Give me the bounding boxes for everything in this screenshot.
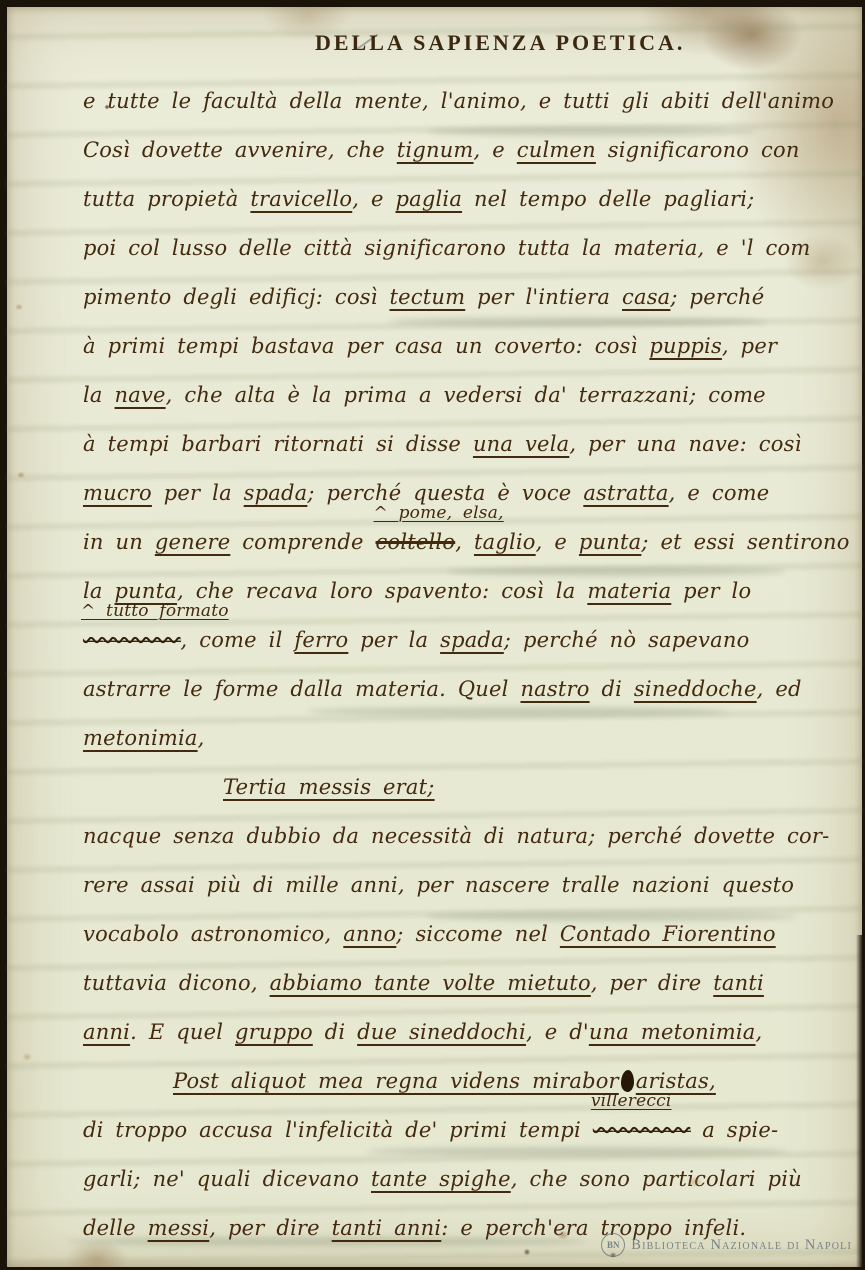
text-segment: rere assai più di mille anni, per nascer… (83, 873, 794, 897)
text-segment: à primi tempi bastava per casa un covert… (83, 334, 649, 358)
text-segment: tutta propietà (83, 187, 250, 211)
text-segment: nel tempo delle pagliari; (462, 187, 754, 211)
manuscript-line: garli; ne' quali dicevano tante spighe, … (83, 1155, 836, 1204)
text-segment: , e (474, 138, 517, 162)
text-segment: , ed (757, 677, 802, 701)
text-segment: ; perché questa è voce (307, 481, 583, 505)
manuscript-line: di troppo accusa l'infelicità de' primi … (83, 1106, 836, 1155)
text-segment: per la (348, 628, 440, 652)
interlinear-insertion: ^ pome, elsa, (374, 505, 504, 522)
text-segment: genere (155, 530, 231, 554)
text-segment: astratta (583, 481, 668, 505)
text-segment: , (455, 530, 474, 554)
text-segment: astrarre le forme dalla materia. Quel (83, 677, 520, 701)
text-segment: tanti (713, 971, 764, 995)
text-segment: nacque senza dubbio da necessità di natu… (83, 824, 829, 848)
manuscript-page: DELLA SAPIENZA POETICA. e tutte le facul… (7, 7, 862, 1267)
text-segment: di troppo accusa l'infelicità de' primi … (83, 1118, 593, 1142)
text-segment: , (198, 726, 205, 750)
manuscript-content: DELLA SAPIENZA POETICA. e tutte le facul… (83, 21, 836, 1253)
manuscript-line: —————^ tutto formato, come il ferro per … (83, 616, 836, 665)
bleedthrough-smudge (427, 127, 757, 136)
bleedthrough-smudge (387, 317, 767, 326)
text-segment: messi (148, 1216, 210, 1240)
text-segment: materia (587, 579, 671, 603)
text-segment: , e d' (526, 1020, 589, 1044)
text-segment: significarono con (596, 138, 800, 162)
struck-out-word: ————— (83, 628, 181, 652)
text-segment: di (313, 1020, 357, 1044)
text-segment: taglio (474, 530, 536, 554)
text-segment: delle (83, 1216, 148, 1240)
text-segment: Così dovette avvenire, che (83, 138, 397, 162)
text-segment: per l'intiera (465, 285, 622, 309)
manuscript-line: tuttavia dicono, abbiamo tante volte mie… (83, 959, 836, 1008)
text-segment: Contado Fiorentino (560, 922, 776, 946)
text-segment: aristas, (636, 1069, 716, 1093)
text-segment: , per dire (591, 971, 713, 995)
text-segment: paglia (396, 187, 463, 211)
text-segment: Tertia messis erat; (223, 775, 435, 799)
text-segment: , e come (669, 481, 770, 505)
pencil-mark (356, 34, 378, 51)
bleedthrough-smudge (367, 1147, 787, 1156)
manuscript-line: astrarre le forme dalla materia. Quel na… (83, 665, 836, 714)
text-segment: ; perché nò sapevano (504, 628, 750, 652)
text-segment: poi col lusso delle città significarono … (83, 236, 810, 260)
text-segment: : e perch'era troppo infeli. (441, 1216, 746, 1240)
text-segment: nave (115, 383, 166, 407)
text-segment: una vela (473, 432, 569, 456)
text-segment: tuttavia dicono, (83, 971, 270, 995)
text-segment: punta (115, 579, 177, 603)
text-segment: nastro (520, 677, 589, 701)
text-segment: la (83, 579, 115, 603)
text-segment: , (756, 1020, 763, 1044)
text-segment: due sineddochi (357, 1020, 526, 1044)
text-segment: tectum (389, 285, 465, 309)
text-segment: comprende (230, 530, 375, 554)
bleedthrough-smudge (427, 912, 797, 921)
text-segment: Post aliquot mea regna videns mirabor (173, 1069, 619, 1093)
manuscript-line: delle messi, per dire tanti anni: e perc… (83, 1204, 836, 1253)
manuscript-line: nacque senza dubbio da necessità di natu… (83, 812, 836, 861)
text-segment: tanti anni (332, 1216, 442, 1240)
text-segment: , che recava loro spavento: così la (177, 579, 587, 603)
text-segment: e tutte le facultà della mente, l'animo,… (83, 89, 834, 113)
library-watermark: BN Biblioteca Nazionale di Napoli (601, 1233, 852, 1257)
text-segment: puppis (649, 334, 722, 358)
manuscript-line: in un genere comprende coltello^ pome, e… (83, 518, 836, 567)
manuscript-line: à primi tempi bastava per casa un covert… (83, 322, 836, 371)
text-segment: . E quel (130, 1020, 235, 1044)
manuscript-line: Così dovette avvenire, che tignum, e cul… (83, 126, 836, 175)
library-monogram-icon: BN (601, 1233, 625, 1257)
manuscript-line: mucro per la spada; perché questa è voce… (83, 469, 836, 518)
text-segment: abbiamo tante volte mietuto (270, 971, 591, 995)
text-segment: punta (579, 530, 641, 554)
text-segment: ferro (294, 628, 348, 652)
manuscript-line: anni. E quel gruppo di due sineddochi, e… (83, 1008, 836, 1057)
manuscript-line: Post aliquot mea regna videns miraborari… (83, 1057, 836, 1106)
text-segment: metonimia (83, 726, 198, 750)
text-segment: spada (244, 481, 308, 505)
manuscript-line: vocabolo astronomico, anno; siccome nel … (83, 910, 836, 959)
text-segment: una metonimia (589, 1020, 756, 1044)
manuscript-line: metonimia, (83, 714, 836, 763)
correction-group: coltello^ pome, elsa, (376, 518, 456, 567)
text-segment: ; siccome nel (396, 922, 560, 946)
text-segment: , che sono particolari più (511, 1167, 802, 1191)
manuscript-line: à tempi barbari ritornati si disse una v… (83, 420, 836, 469)
text-segment: per la (152, 481, 244, 505)
manuscript-line: poi col lusso delle città significarono … (83, 224, 836, 273)
manuscript-line: tutta propietà travicello, e paglia nel … (83, 175, 836, 224)
text-segment: anni (83, 1020, 130, 1044)
interlinear-insertion: villerecci (591, 1093, 672, 1110)
text-segment: travicello (250, 187, 352, 211)
manuscript-line: Tertia messis erat; (83, 763, 836, 812)
library-watermark-label: Biblioteca Nazionale di Napoli (631, 1237, 852, 1254)
interlinear-insertion: ^ tutto formato (81, 603, 229, 620)
manuscript-line: rere assai più di mille anni, per nascer… (83, 861, 836, 910)
text-segment: à tempi barbari ritornati si disse (83, 432, 473, 456)
text-segment: la (83, 383, 115, 407)
ink-blot-icon (621, 1070, 634, 1092)
text-segment: casa (622, 285, 670, 309)
text-segment: , per una nave: così (569, 432, 801, 456)
text-segment: gruppo (235, 1020, 313, 1044)
text-segment: in un (83, 530, 155, 554)
struck-out-word: coltello (376, 530, 456, 554)
text-segment: ; et essi sentirono (641, 530, 849, 554)
text-segment: di (590, 677, 634, 701)
text-segment: ; perché (670, 285, 764, 309)
manuscript-line: la punta, che recava loro spavento: così… (83, 567, 836, 616)
text-segment: pimento degli edificj: così (83, 285, 389, 309)
correction-group: —————villerecci (593, 1106, 691, 1155)
manuscript-line: la nave, che alta è la prima a vedersi d… (83, 371, 836, 420)
text-segment: spada (440, 628, 504, 652)
text-segment: tante spighe (371, 1167, 511, 1191)
text-segment: anno (343, 922, 396, 946)
text-segment: culmen (517, 138, 596, 162)
text-segment: , per (722, 334, 777, 358)
text-segment: tignum (397, 138, 474, 162)
text-segment: garli; ne' quali dicevano (83, 1167, 371, 1191)
bleedthrough-smudge (447, 567, 787, 576)
text-segment: per lo (671, 579, 751, 603)
text-segment: mucro (83, 481, 152, 505)
manuscript-line: e tutte le facultà della mente, l'animo,… (83, 77, 836, 126)
bleedthrough-smudge (307, 707, 727, 716)
text-segment: , per dire (209, 1216, 331, 1240)
text-segment: , e (352, 187, 395, 211)
manuscript-line: pimento degli edificj: così tectum per l… (83, 273, 836, 322)
bleedthrough-smudge (67, 1237, 587, 1246)
page-edge (856, 935, 865, 1270)
correction-group: —————^ tutto formato (83, 616, 181, 665)
text-segment: , e (536, 530, 579, 554)
text-segment: vocabolo astronomico, (83, 922, 343, 946)
text-segment: a spie- (690, 1118, 778, 1142)
manuscript-body: e tutte le facultà della mente, l'animo,… (83, 77, 836, 1253)
struck-out-word: ————— (593, 1118, 691, 1142)
page-title: DELLA SAPIENZA POETICA. (83, 21, 836, 77)
text-segment: sineddoche (634, 677, 757, 701)
text-segment: , come il (181, 628, 295, 652)
text-segment: , che alta è la prima a vedersi da' terr… (166, 383, 766, 407)
